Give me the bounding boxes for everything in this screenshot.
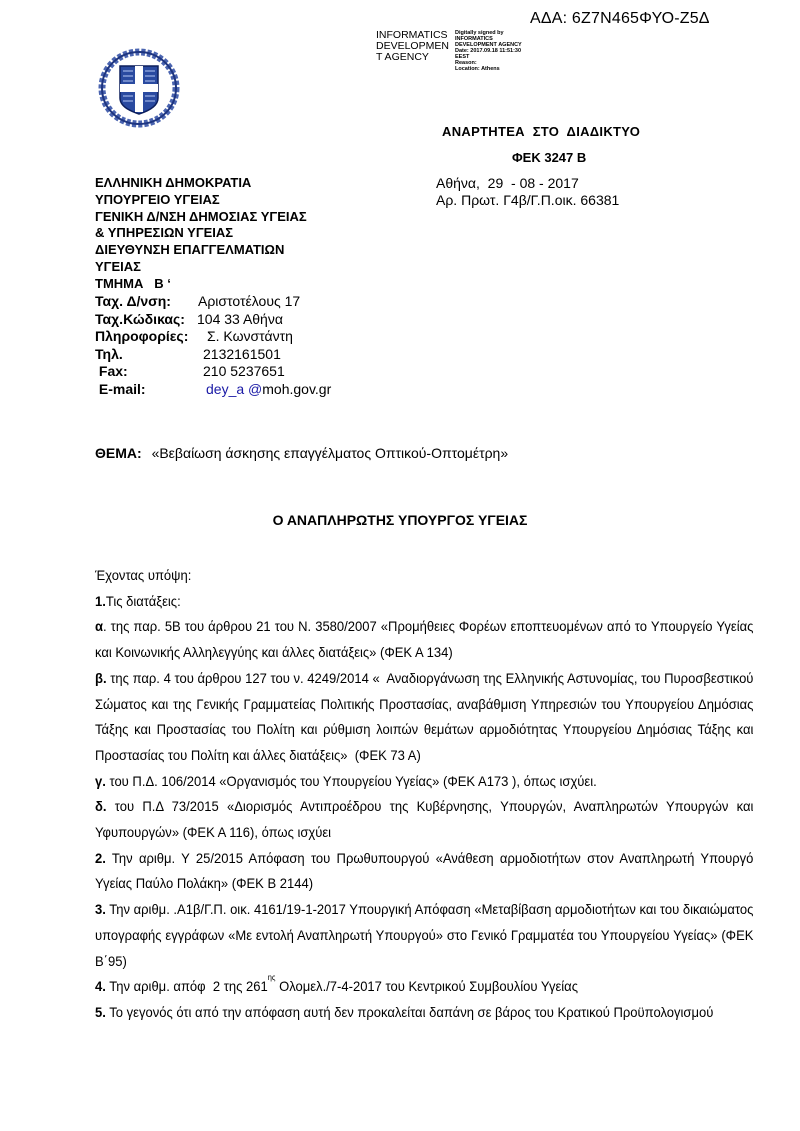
subject-label: ΘΕΜΑ: <box>95 445 142 461</box>
body-item: 4. Την αριθμ. απόφ 2 της 261ης Ολομελ./7… <box>95 974 753 1000</box>
contact-label: Πληροφορίες: <box>95 328 207 346</box>
body-intro: Έχοντας υπόψη: <box>95 563 753 589</box>
contact-label: E-mail: <box>95 381 206 399</box>
document-date: Αθήνα, 29 - 08 - 2017 <box>436 175 619 192</box>
body-item: 3. Την αριθμ. .Α1β/Γ.Π. οικ. 4161/19-1-2… <box>95 897 753 974</box>
contact-label: Ταχ. Δ/νση: <box>95 293 198 311</box>
contact-info-person: Πληροφορίες: Σ. Κωνστάντη <box>95 328 331 346</box>
contact-value: Σ. Κωνστάντη <box>207 328 293 346</box>
organization-block: ΕΛΛΗΝΙΚΗ ΔΗΜΟΚΡΑΤΙΑ ΥΠΟΥΡΓΕΙΟ ΥΓΕΙΑΣ ΓΕΝ… <box>95 175 307 293</box>
contact-block: Ταχ. Δ/νση: Αριστοτέλους 17 Ταχ.Κώδικας:… <box>95 293 331 398</box>
email-link[interactable]: dey_a @moh.gov.gr <box>206 381 331 399</box>
sig-detail-line: Location: Athens <box>455 66 522 72</box>
fek-number: ΦΕΚ 3247 Β <box>512 150 586 165</box>
contact-label: Ταχ.Κώδικας: <box>95 311 197 329</box>
contact-fax: Fax: 210 5237651 <box>95 363 331 381</box>
org-line: ΥΠΟΥΡΓΕΙΟ ΥΓΕΙΑΣ <box>95 192 307 209</box>
body-item: γ. του Π.Δ. 106/2014 «Οργανισμός του Υπο… <box>95 769 753 795</box>
body-item: 1.Τις διατάξεις: <box>95 589 753 615</box>
sig-org-line: T AGENCY <box>376 52 449 63</box>
contact-label: Fax: <box>95 363 203 381</box>
contact-label: Τηλ. <box>95 346 203 364</box>
org-line: ΕΛΛΗΝΙΚΗ ΔΗΜΟΚΡΑΤΙΑ <box>95 175 307 192</box>
contact-email[interactable]: E-mail: dey_a @moh.gov.gr <box>95 381 331 399</box>
org-line: ΔΙΕΥΘΥΝΣΗ ΕΠΑΓΓΕΛΜΑΤΙΩΝ <box>95 242 307 259</box>
contact-value: 104 33 Αθήνα <box>197 311 283 329</box>
publish-notice: ΑΝΑΡΤΗΤΕΑ ΣΤΟ ΔΙΑΔΙΚΤΥΟ <box>442 124 640 139</box>
digital-signature-org: INFORMATICS DEVELOPMEN T AGENCY <box>376 30 449 63</box>
contact-value: 2132161501 <box>203 346 281 364</box>
ada-code: ΑΔΑ: 6Ζ7Ν465ΦΥΟ-Ζ5Δ <box>530 10 710 28</box>
org-line: ΥΓΕΙΑΣ <box>95 259 307 276</box>
document-body: Έχοντας υπόψη: 1.Τις διατάξεις: α. της π… <box>95 563 753 1026</box>
contact-phone: Τηλ. 2132161501 <box>95 346 331 364</box>
contact-address: Ταχ. Δ/νση: Αριστοτέλους 17 <box>95 293 331 311</box>
body-item: 2. Την αριθμ. Υ 25/2015 Απόφαση του Πρωθ… <box>95 846 753 897</box>
org-line: & ΥΠΗΡΕΣΙΩΝ ΥΓΕΙΑΣ <box>95 225 307 242</box>
body-item: 5. Το γεγονός ότι από την απόφαση αυτή δ… <box>95 1000 753 1026</box>
minister-title: Ο ΑΝΑΠΛΗΡΩΤΗΣ ΥΠΟΥΡΓΟΣ ΥΓΕΙΑΣ <box>0 512 800 528</box>
contact-value: Αριστοτέλους 17 <box>198 293 300 311</box>
org-line: ΤΜΗΜΑ Β ‘ <box>95 276 307 293</box>
body-item: β. της παρ. 4 του άρθρου 127 του ν. 4249… <box>95 666 753 769</box>
subject-text: «Βεβαίωση άσκησης επαγγέλματος Οπτικού-Ο… <box>152 445 509 461</box>
body-item: δ. του Π.Δ 73/2015 «Διορισμός Αντιπροέδρ… <box>95 794 753 845</box>
body-item: α. της παρ. 5Β του άρθρου 21 του Ν. 3580… <box>95 614 753 665</box>
org-line: ΓΕΝΙΚΗ Δ/ΝΣΗ ΔΗΜΟΣΙΑΣ ΥΓΕΙΑΣ <box>95 209 307 226</box>
greek-coat-of-arms-icon <box>98 48 180 128</box>
digital-signature-details: Digitally signed by INFORMATICS DEVELOPM… <box>455 30 522 72</box>
subject-line: ΘΕΜΑ: «Βεβαίωση άσκησης επαγγέλματος Οπτ… <box>95 445 508 461</box>
contact-value: 210 5237651 <box>203 363 285 381</box>
date-protocol-block: Αθήνα, 29 - 08 - 2017 Αρ. Πρωτ. Γ4β/Γ.Π.… <box>436 175 619 209</box>
contact-postcode: Ταχ.Κώδικας: 104 33 Αθήνα <box>95 311 331 329</box>
protocol-number: Αρ. Πρωτ. Γ4β/Γ.Π.οικ. 66381 <box>436 192 619 209</box>
